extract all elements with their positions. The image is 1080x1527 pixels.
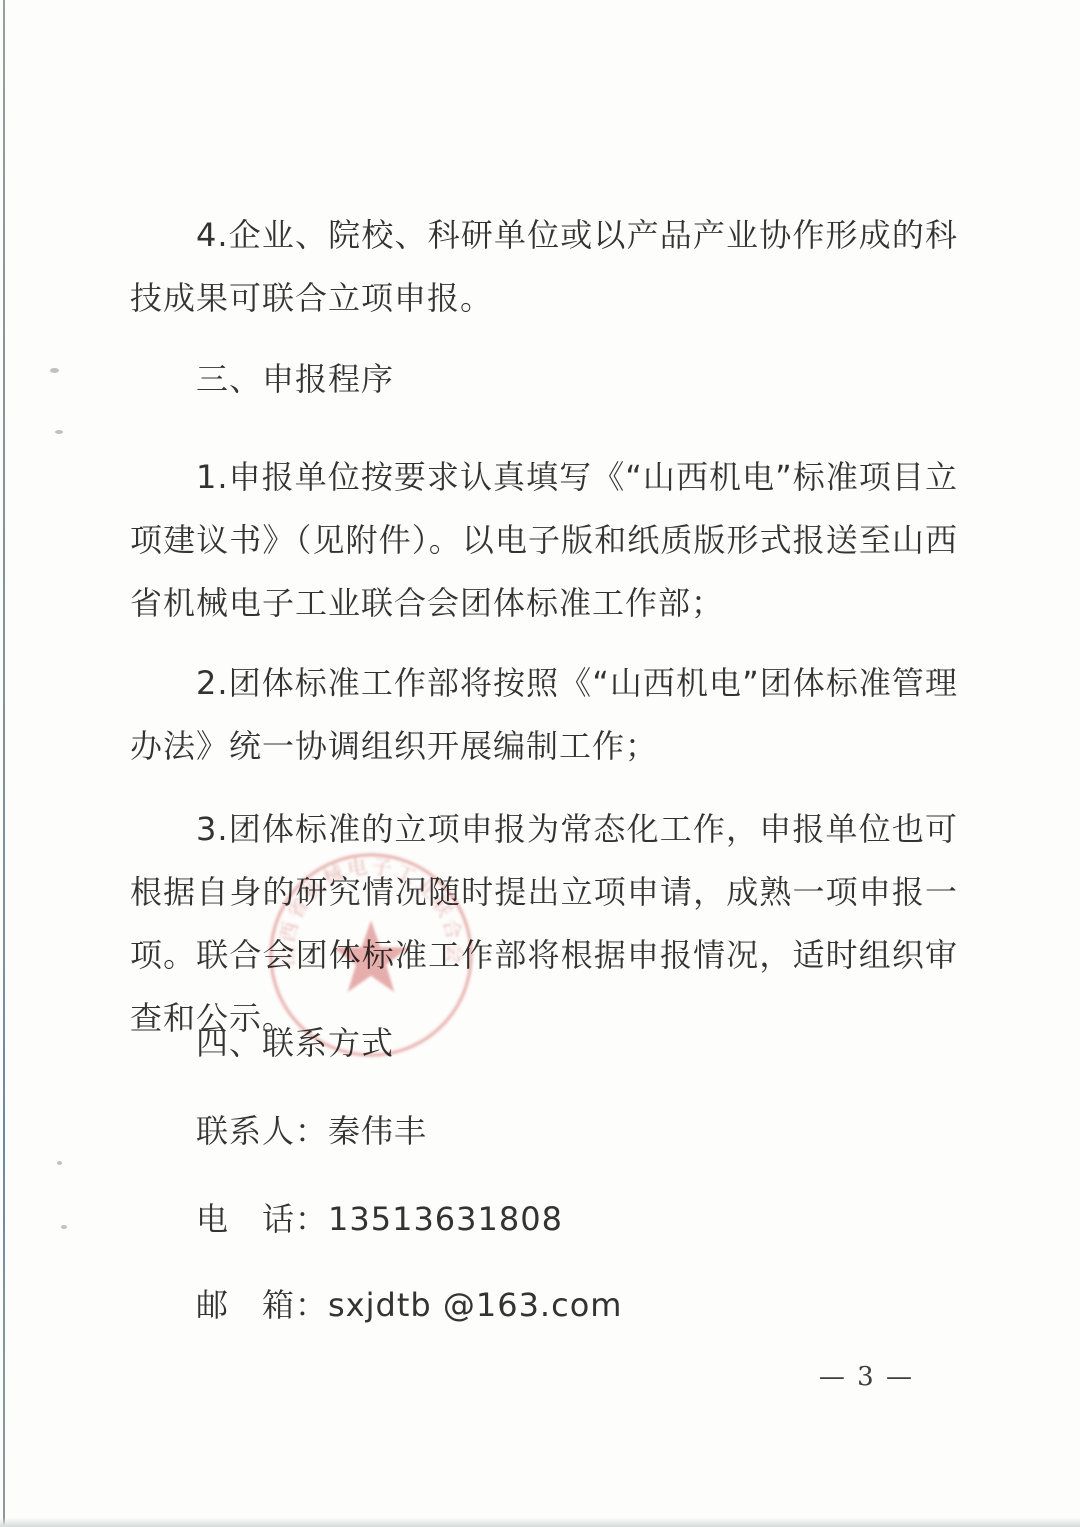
page-number: — 3 — [819, 1362, 914, 1392]
scan-edge-artifact-bottom [0, 1518, 1080, 1527]
section-heading-contact-info: 四、联系方式 [196, 1012, 1024, 1075]
paragraph-item-4: 4.企业、院校、科研单位或以产品产业协作形成的科技成果可联合立项申报。 [130, 204, 958, 330]
scan-speck-artifact [61, 1225, 67, 1229]
section-heading-application-procedure: 三、申报程序 [196, 348, 1024, 411]
scan-speck-artifact [50, 368, 59, 373]
scan-edge-artifact-left [3, 0, 5, 1527]
scan-speck-artifact [55, 430, 63, 434]
contact-phone-line: 电 话：13513631808 [196, 1188, 1024, 1251]
procedure-step-2: 2.团体标准工作部将按照《“山西机电”团体标准管理办法》统一协调组织开展编制工作… [130, 652, 958, 778]
contact-email-line: 邮 箱：sxjdtb @163.com [196, 1274, 1024, 1337]
scanned-document-page: 4.企业、院校、科研单位或以产品产业协作形成的科技成果可联合立项申报。 三、申报… [0, 0, 1080, 1527]
procedure-step-1: 1.申报单位按要求认真填写《“山西机电”标准项目立项建议书》（见附件）。以电子版… [130, 446, 958, 635]
contact-person-line: 联系人：秦伟丰 [196, 1100, 1024, 1163]
scan-speck-artifact [57, 1161, 62, 1165]
